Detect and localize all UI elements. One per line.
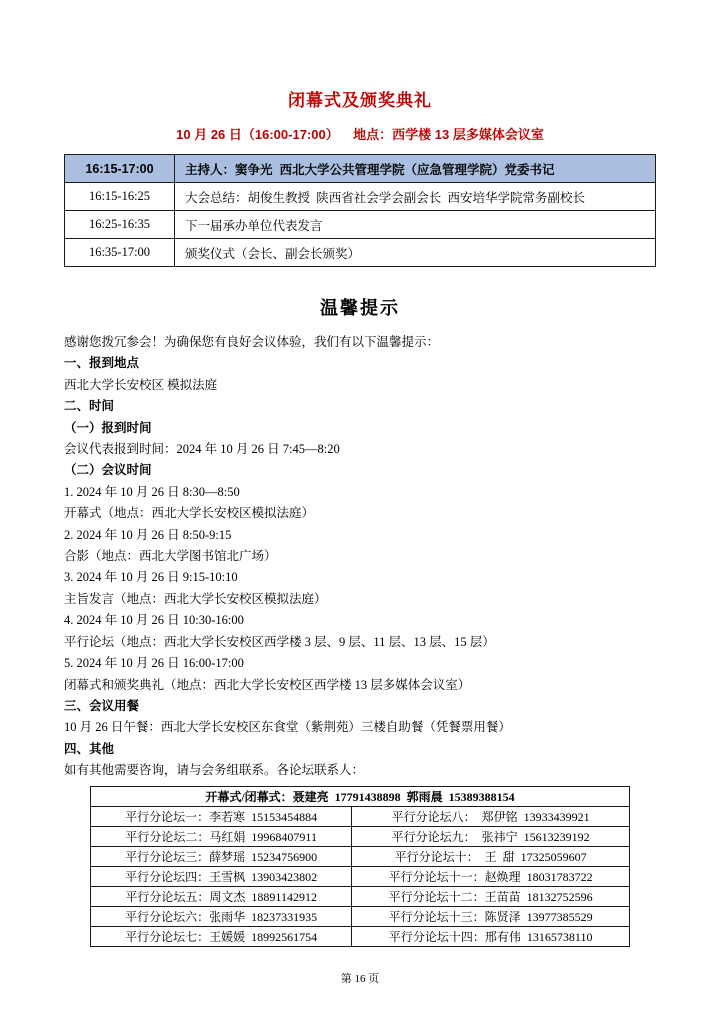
table-row: 开幕式/闭幕式：聂建亮 17791438898 郭雨晨 15389388154 [91, 786, 630, 806]
contacts-header: 开幕式/闭幕式：聂建亮 17791438898 郭雨晨 15389388154 [91, 786, 630, 806]
tips-line: 3. 2024 年 10 月 26 日 9:15-10:10 [64, 567, 656, 588]
tips-line: 合影（地点：西北大学图书馆北广场） [64, 546, 656, 567]
tips-sub-heading: （一）报到时间 [64, 418, 656, 439]
tips-section-heading: 四、其他 [64, 739, 656, 760]
contact-cell: 平行分论坛十四：邢有伟 13165738110 [352, 926, 630, 946]
contact-cell: 平行分论坛十一：赵焕理 18031783722 [352, 866, 630, 886]
schedule-desc: 下一届承办单位代表发言 [175, 211, 656, 239]
contact-cell: 平行分论坛八： 郑伊铭 13933439921 [352, 806, 630, 826]
contact-cell: 平行分论坛四：王雪枫 13903423802 [91, 866, 352, 886]
table-row: 16:15-16:25 大会总结：胡俊生教授 陕西省社会学会副会长 西安培华学院… [65, 183, 656, 211]
tips-line: 10 月 26 日午餐：西北大学长安校区东食堂（紫荆苑）三楼自助餐（凭餐票用餐） [64, 717, 656, 738]
page-subtitle: 10 月 26 日（16:00-17:00） 地点：西学楼 13 层多媒体会议室 [64, 124, 656, 143]
table-row: 平行分论坛四：王雪枫 13903423802 平行分论坛十一：赵焕理 18031… [91, 866, 630, 886]
tips-section-heading: 三、会议用餐 [64, 696, 656, 717]
contact-cell: 平行分论坛十三：陈贤泽 13977385529 [352, 906, 630, 926]
table-row: 平行分论坛六：张雨华 18237331935 平行分论坛十三：陈贤泽 13977… [91, 906, 630, 926]
tips-heading: 温馨提示 [64, 294, 656, 320]
schedule-time: 16:15-16:25 [65, 183, 175, 211]
page-title: 闭幕式及颁奖典礼 [64, 86, 656, 111]
tips-line: 1. 2024 年 10 月 26 日 8:30—8:50 [64, 482, 656, 503]
tips-line: 4. 2024 年 10 月 26 日 10:30-16:00 [64, 610, 656, 631]
page-number: 第 16 页 [64, 970, 656, 986]
tips-line: 5. 2024 年 10 月 26 日 16:00-17:00 [64, 653, 656, 674]
tips-body: 感谢您拨冗参会！为确保您有良好会议体验，我们有以下温馨提示： 一、报到地点 西北… [64, 332, 656, 782]
schedule-time: 16:15-17:00 [65, 155, 175, 183]
schedule-table: 16:15-17:00 主持人：窦争光 西北大学公共管理学院（应急管理学院）党委… [64, 154, 656, 267]
table-row: 16:15-17:00 主持人：窦争光 西北大学公共管理学院（应急管理学院）党委… [65, 155, 656, 183]
tips-line: 如有其他需要咨询，请与会务组联系。各论坛联系人： [64, 760, 656, 781]
tips-line: 主旨发言（地点：西北大学长安校区模拟法庭） [64, 589, 656, 610]
contacts-table: 开幕式/闭幕式：聂建亮 17791438898 郭雨晨 15389388154 … [90, 786, 630, 947]
schedule-time: 16:25-16:35 [65, 211, 175, 239]
schedule-desc: 颁奖仪式（会长、副会长颁奖） [175, 239, 656, 267]
contact-cell: 平行分论坛三：薛梦瑶 15234756900 [91, 846, 352, 866]
contact-cell: 平行分论坛二：马红娟 19968407911 [91, 826, 352, 846]
contact-cell: 平行分论坛九： 张祎宁 15613239192 [352, 826, 630, 846]
tips-sub-heading: （二）会议时间 [64, 460, 656, 481]
tips-line: 平行论坛（地点：西北大学长安校区西学楼 3 层、9 层、11 层、13 层、15… [64, 632, 656, 653]
contact-cell: 平行分论坛六：张雨华 18237331935 [91, 906, 352, 926]
tips-line: 感谢您拨冗参会！为确保您有良好会议体验，我们有以下温馨提示： [64, 332, 656, 353]
tips-section-heading: 二、时间 [64, 396, 656, 417]
document-page: 闭幕式及颁奖典礼 10 月 26 日（16:00-17:00） 地点：西学楼 1… [0, 0, 720, 1018]
tips-line: 会议代表报到时间：2024 年 10 月 26 日 7:45—8:20 [64, 439, 656, 460]
contact-cell: 平行分论坛一：李若寒 15153454884 [91, 806, 352, 826]
contact-cell: 平行分论坛五：周文杰 18891142912 [91, 886, 352, 906]
tips-line: 2. 2024 年 10 月 26 日 8:50-9:15 [64, 525, 656, 546]
table-row: 平行分论坛二：马红娟 19968407911 平行分论坛九： 张祎宁 15613… [91, 826, 630, 846]
contact-cell: 平行分论坛七：王媛媛 18992561754 [91, 926, 352, 946]
tips-line: 闭幕式和颁奖典礼（地点：西北大学长安校区西学楼 13 层多媒体会议室） [64, 675, 656, 696]
table-row: 平行分论坛七：王媛媛 18992561754 平行分论坛十四：邢有伟 13165… [91, 926, 630, 946]
table-row: 平行分论坛三：薛梦瑶 15234756900 平行分论坛十： 王 甜 17325… [91, 846, 630, 866]
tips-section-heading: 一、报到地点 [64, 353, 656, 374]
table-row: 平行分论坛五：周文杰 18891142912 平行分论坛十二：王苗苗 18132… [91, 886, 630, 906]
tips-line: 西北大学长安校区 模拟法庭 [64, 375, 656, 396]
table-row: 16:35-17:00 颁奖仪式（会长、副会长颁奖） [65, 239, 656, 267]
schedule-time: 16:35-17:00 [65, 239, 175, 267]
schedule-desc: 主持人：窦争光 西北大学公共管理学院（应急管理学院）党委书记 [175, 155, 656, 183]
schedule-desc: 大会总结：胡俊生教授 陕西省社会学会副会长 西安培华学院常务副校长 [175, 183, 656, 211]
tips-line: 开幕式（地点：西北大学长安校区模拟法庭） [64, 503, 656, 524]
contact-cell: 平行分论坛十二：王苗苗 18132752596 [352, 886, 630, 906]
table-row: 平行分论坛一：李若寒 15153454884 平行分论坛八： 郑伊铭 13933… [91, 806, 630, 826]
contact-cell: 平行分论坛十： 王 甜 17325059607 [352, 846, 630, 866]
table-row: 16:25-16:35 下一届承办单位代表发言 [65, 211, 656, 239]
